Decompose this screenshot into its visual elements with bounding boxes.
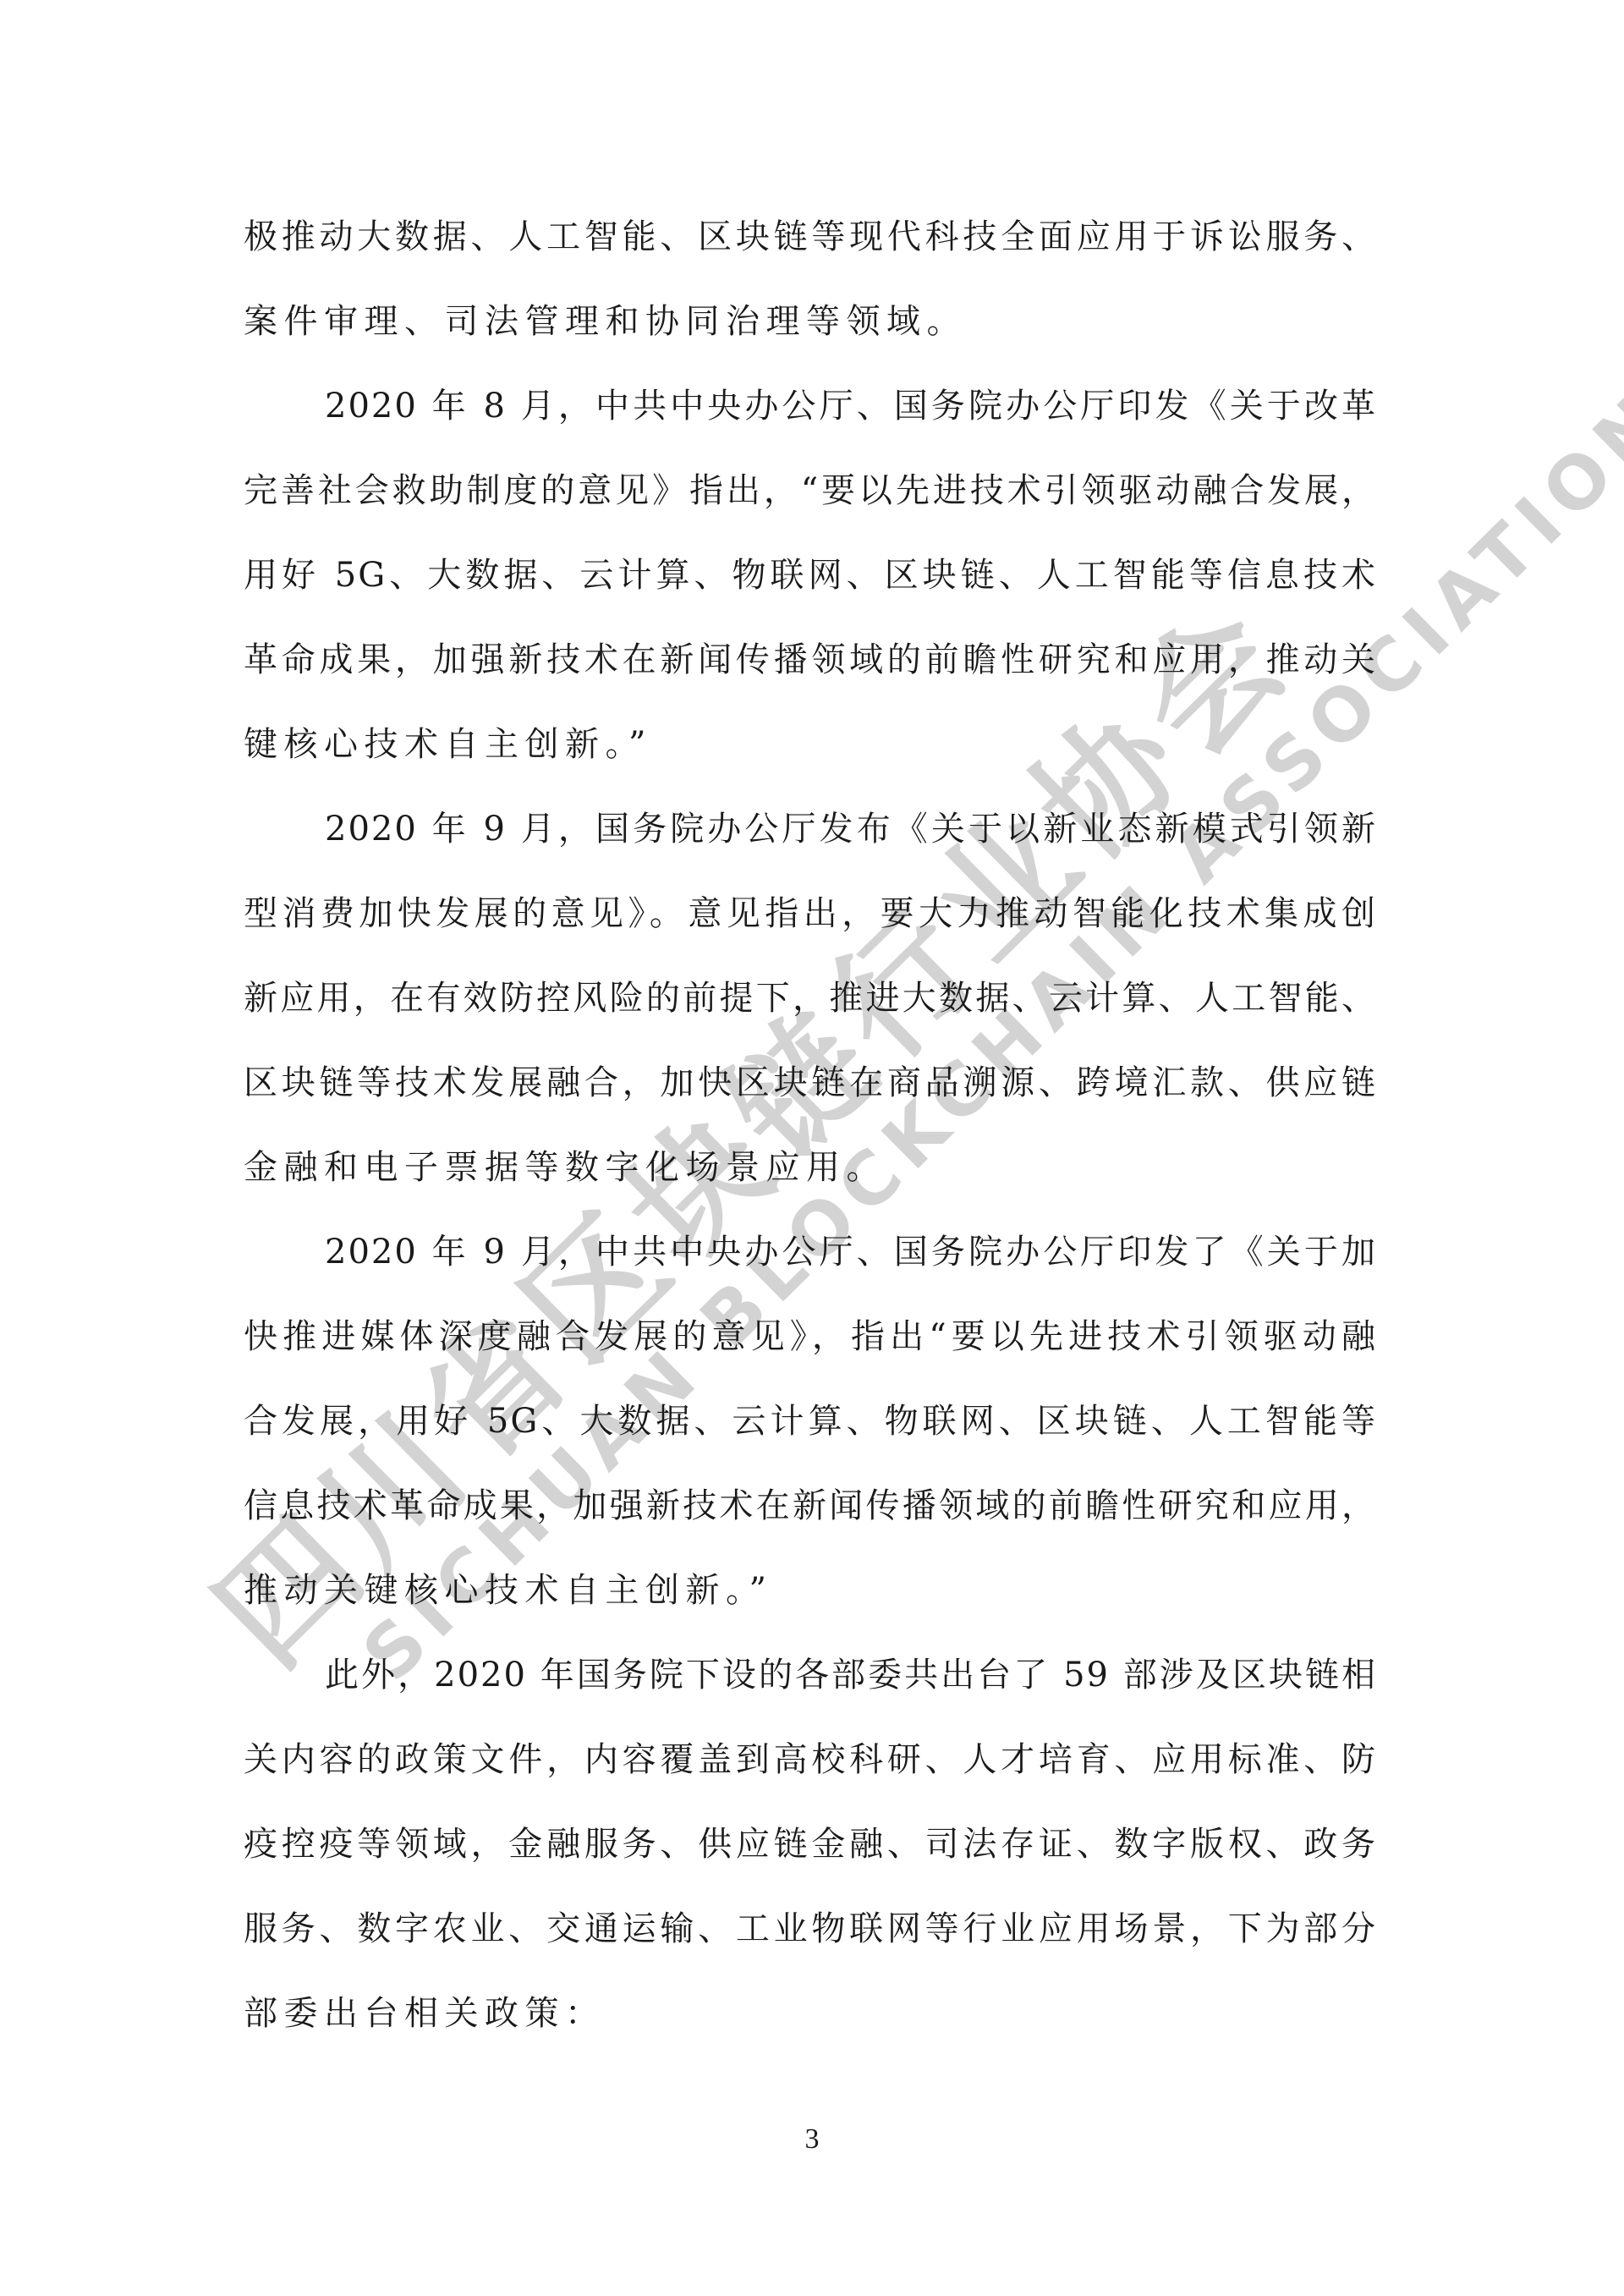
- text-line: 合发展，用好 5G、大数据、云计算、物联网、区块链、人工智能等: [244, 1399, 1377, 1484]
- paragraph: 2020 年 8 月，中共中央办公厅、国务院办公厅印发《关于改革 完善社会救助制…: [244, 384, 1377, 807]
- body-text: 极推动大数据、人工智能、区块链等现代科技全面应用于诉讼服务、 案件审理、司法管理…: [244, 215, 1377, 2076]
- text-line: 极推动大数据、人工智能、区块链等现代科技全面应用于诉讼服务、: [244, 215, 1377, 299]
- document-page: 四川省区块链行业协会 SICHUAN BLOCKCHAIN ASSOCIATIO…: [0, 0, 1624, 2296]
- text-line: 新应用，在有效防控风险的前提下，推进大数据、云计算、人工智能、: [244, 976, 1377, 1061]
- text-line: 快推进媒体深度融合发展的意见》，指出“要以先进技术引领驱动融: [244, 1315, 1377, 1399]
- paragraph: 2020 年 9 月，中共中央办公厅、国务院办公厅印发了《关于加 快推进媒体深度…: [244, 1230, 1377, 1653]
- text-line: 推动关键核心技术自主创新。”: [244, 1568, 1377, 1653]
- paragraph: 极推动大数据、人工智能、区块链等现代科技全面应用于诉讼服务、 案件审理、司法管理…: [244, 215, 1377, 384]
- text-line: 疫控疫等领域，金融服务、供应链金融、司法存证、数字版权、政务: [244, 1822, 1377, 1907]
- text-line: 2020 年 8 月，中共中央办公厅、国务院办公厅印发《关于改革: [244, 384, 1377, 469]
- text-line: 部委出台相关政策：: [244, 1991, 1377, 2076]
- text-line: 服务、数字农业、交通运输、工业物联网等行业应用场景，下为部分: [244, 1907, 1377, 1991]
- text-line: 关内容的政策文件，内容覆盖到高校科研、人才培育、应用标准、防: [244, 1738, 1377, 1822]
- page-number: 3: [0, 2123, 1624, 2156]
- text-line: 用好 5G、大数据、云计算、物联网、区块链、人工智能等信息技术: [244, 553, 1377, 638]
- text-line: 完善社会救助制度的意见》指出，“要以先进技术引领驱动融合发展，: [244, 469, 1377, 553]
- paragraph: 此外，2020 年国务院下设的各部委共出台了 59 部涉及区块链相 关内容的政策…: [244, 1653, 1377, 2076]
- paragraph: 2020 年 9 月，国务院办公厅发布《关于以新业态新模式引领新 型消费加快发展…: [244, 807, 1377, 1230]
- text-line: 革命成果，加强新技术在新闻传播领域的前瞻性研究和应用，推动关: [244, 638, 1377, 722]
- text-line: 2020 年 9 月，国务院办公厅发布《关于以新业态新模式引领新: [244, 807, 1377, 892]
- text-line: 金融和电子票据等数字化场景应用。: [244, 1145, 1377, 1230]
- text-line: 此外，2020 年国务院下设的各部委共出台了 59 部涉及区块链相: [244, 1653, 1377, 1738]
- text-line: 案件审理、司法管理和协同治理等领域。: [244, 299, 1377, 384]
- text-line: 型消费加快发展的意见》。意见指出，要大力推动智能化技术集成创: [244, 892, 1377, 976]
- text-line: 2020 年 9 月，中共中央办公厅、国务院办公厅印发了《关于加: [244, 1230, 1377, 1315]
- text-line: 键核心技术自主创新。”: [244, 722, 1377, 807]
- text-line: 信息技术革命成果，加强新技术在新闻传播领域的前瞻性研究和应用，: [244, 1484, 1377, 1568]
- text-line: 区块链等技术发展融合，加快区块链在商品溯源、跨境汇款、供应链: [244, 1061, 1377, 1145]
